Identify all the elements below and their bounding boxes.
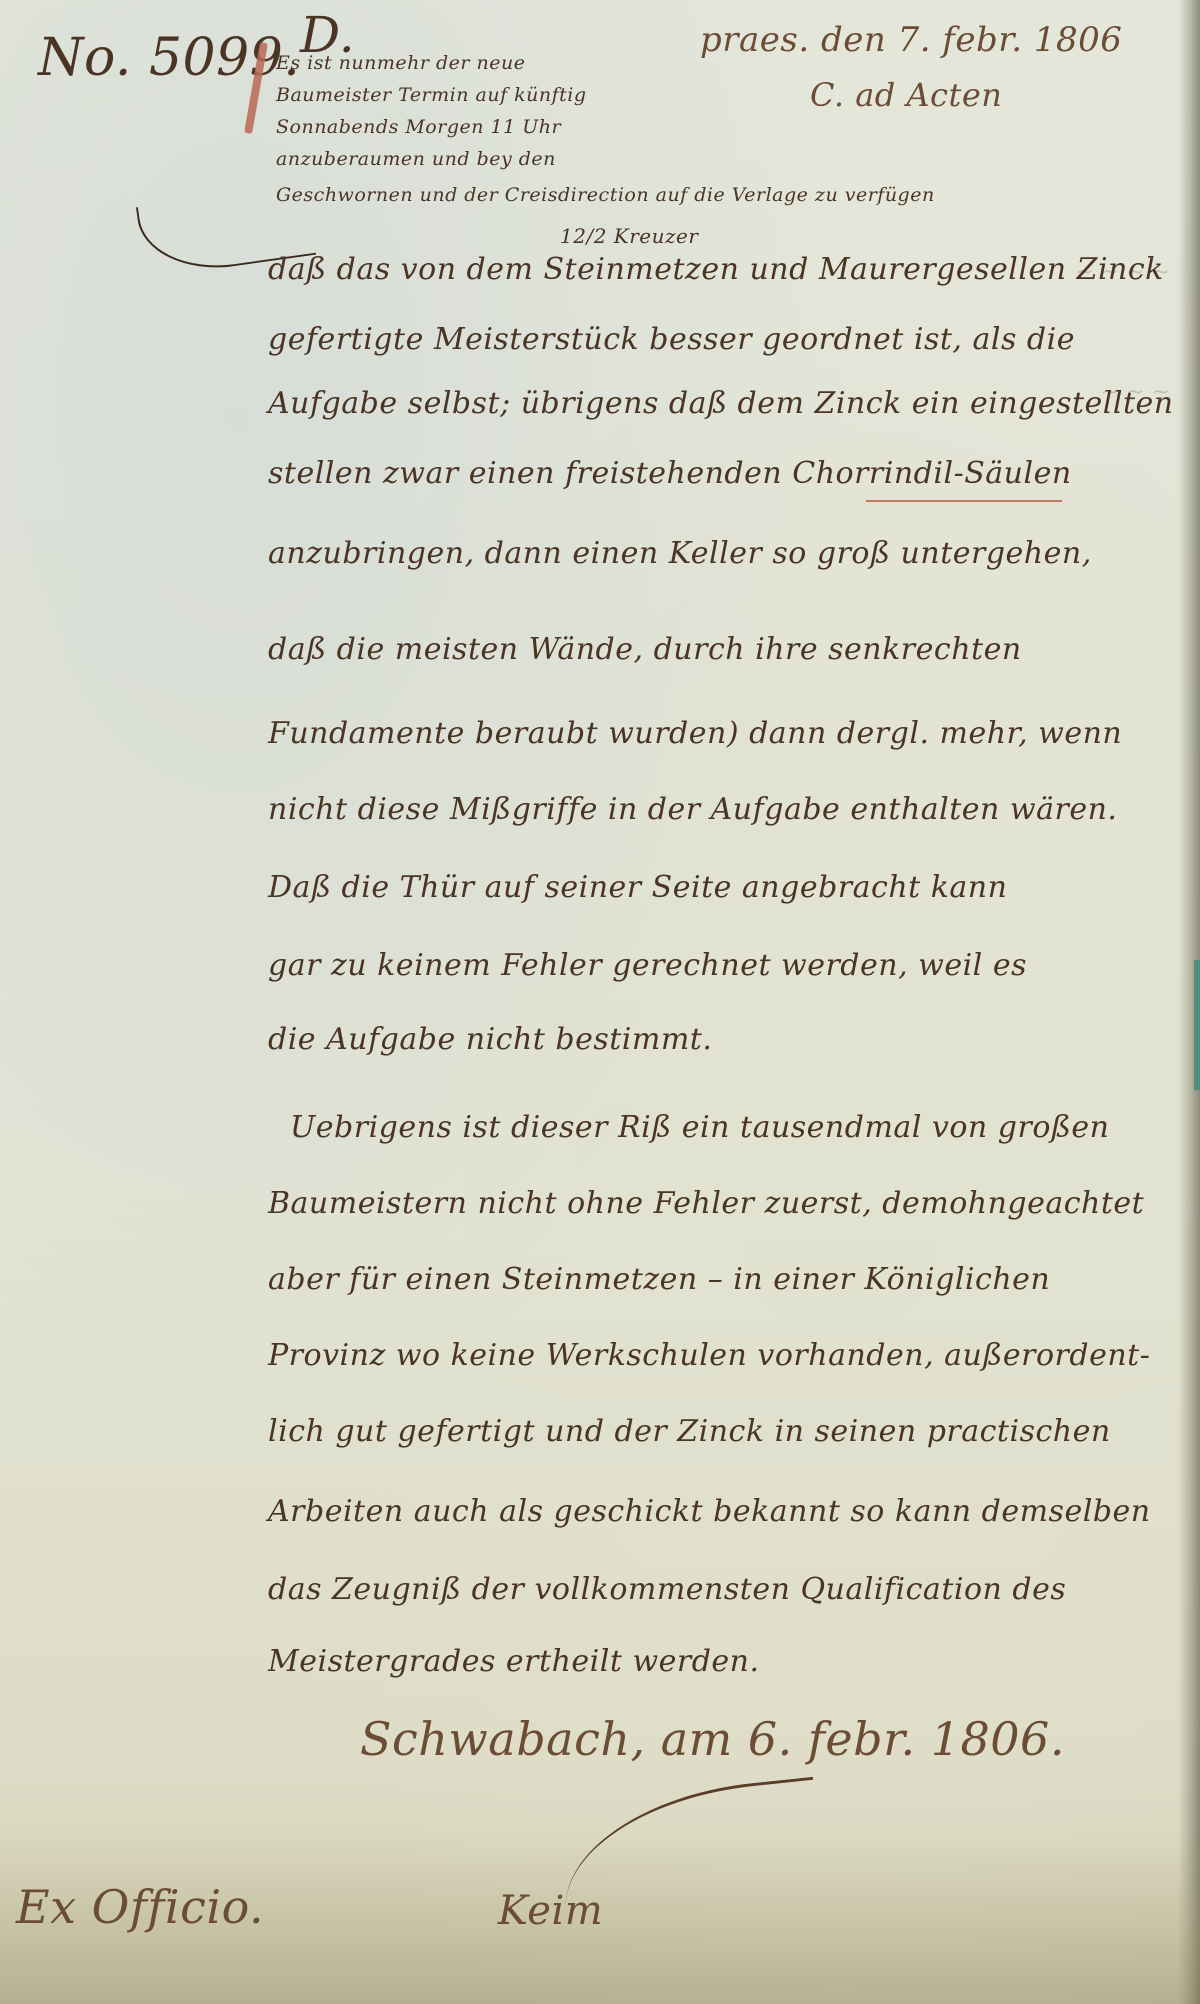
body-line: Daß die Thür auf seiner Seite angebracht…: [268, 870, 1007, 905]
fraction-note: 12/2 Kreuzer: [560, 224, 698, 248]
body-line: Meistergrades ertheilt werden.: [268, 1644, 760, 1679]
margin-note-line: Sonnabends Morgen 11 Uhr: [276, 116, 561, 138]
body-line: Arbeiten auch als geschickt bekannt so k…: [268, 1494, 1151, 1529]
margin-note-line: Es ist nunmehr der neue: [276, 52, 525, 74]
body-line: Fundamente beraubt wurden) dann dergl. m…: [268, 716, 1122, 751]
received-note-ad-acta: C. ad Acten: [810, 76, 1002, 114]
body-line: daß die meisten Wände, durch ihre senkre…: [268, 632, 1022, 667]
body-line: die Aufgabe nicht bestimmt.: [268, 1022, 712, 1057]
place-date: Schwabach, am 6. febr. 1806.: [360, 1712, 1065, 1766]
margin-note-line: Baumeister Termin auf künftig: [276, 84, 587, 106]
body-line: gefertigte Meisterstück besser geordnet …: [268, 322, 1075, 357]
red-underline: [866, 500, 1062, 502]
body-line: gar zu keinem Fehler gerechnet werden, w…: [268, 948, 1027, 983]
body-line: nicht diese Mißgriffe in der Aufgabe ent…: [268, 792, 1117, 827]
ex-officio-note: Ex Officio.: [16, 1880, 264, 1934]
received-note: praes. den 7. febr. 1806: [700, 20, 1122, 60]
margin-note-line: Geschwornen und der Creisdirection auf d…: [276, 184, 935, 206]
manuscript-page: ~ ~ ~ ~ ~ ~ ~ No. 5099. D. Es ist nunmeh…: [0, 0, 1200, 2004]
body-line: Aufgabe selbst; übrigens daß dem Zinck e…: [268, 386, 1174, 421]
body-line: lich gut gefertigt und der Zinck in sein…: [268, 1414, 1111, 1449]
signature: Keim: [498, 1888, 603, 1934]
body-line: das Zeugniß der vollkommensten Qualifica…: [268, 1572, 1066, 1607]
body-line: aber für einen Steinmetzen – in einer Kö…: [268, 1262, 1050, 1297]
body-line: anzubringen, dann einen Keller so groß u…: [268, 536, 1092, 571]
body-line: Uebrigens ist dieser Riß ein tausendmal …: [290, 1110, 1110, 1145]
body-line: Provinz wo keine Werkschulen vorhanden, …: [268, 1338, 1150, 1373]
body-line: stellen zwar einen freistehenden Chorrin…: [268, 456, 1072, 491]
margin-note-line: anzuberaumen und bey den: [276, 148, 556, 170]
body-line: Baumeistern nicht ohne Fehler zuerst, de…: [268, 1186, 1144, 1221]
binding-tab: [1194, 960, 1200, 1090]
body-line: daß das von dem Steinmetzen und Maurerge…: [268, 252, 1164, 287]
